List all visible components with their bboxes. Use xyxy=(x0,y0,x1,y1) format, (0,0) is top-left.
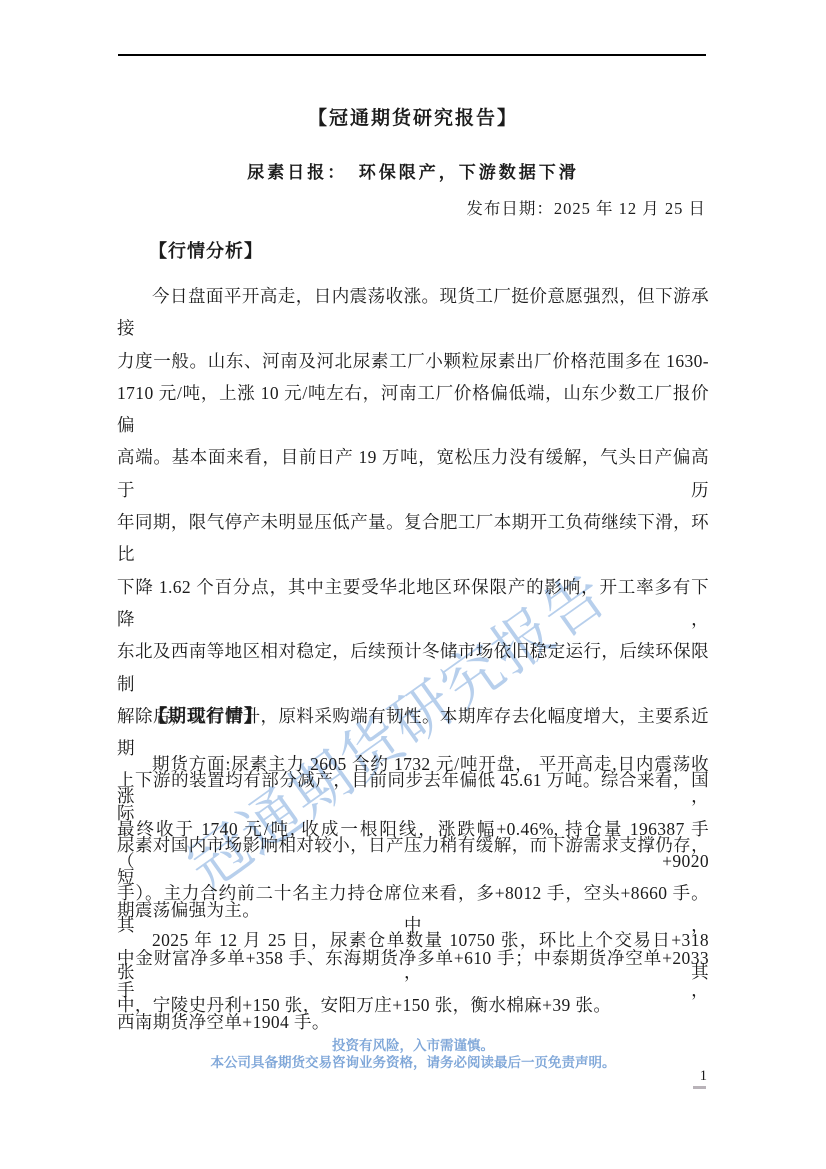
section-heading-futures-spot: 【期现行情】 xyxy=(117,702,741,728)
report-title: 【冠通期货研究报告】 xyxy=(0,103,826,130)
text-line: 1710 元/吨，上涨 10 元/吨左右，河南工厂价格偏低端，山东少数工厂报价偏 xyxy=(117,377,709,442)
page-number: 1 xyxy=(700,1068,707,1085)
text-line: 最终收于 1740 元/吨, 收成一根阳线，涨跌幅+0.46%, 持仓量 196… xyxy=(117,813,709,878)
text-line: 中，宁陵史丹利+150 张，安阳万庄+150 张，衡水棉麻+39 张。 xyxy=(117,989,709,1021)
top-rule xyxy=(118,54,706,56)
section-heading-market-analysis: 【行情分析】 xyxy=(117,237,741,263)
text-line: 下降 1.62 个百分点，其中主要受华北地区环保限产的影响，开工率多有下降， xyxy=(117,571,709,636)
content-layer: 【冠通期货研究报告】 尿素日报： 环保限产，下游数据下滑 发布日期：2025 年… xyxy=(0,0,826,1169)
paragraph-warehouse-receipts: 2025 年 12 月 25 日，尿素仓单数量 10750 张，环比上个交易日+… xyxy=(117,924,709,1021)
text-line: 今日盘面平开高走，日内震荡收涨。现货工厂挺价意愿强烈，但下游承接 xyxy=(117,280,709,345)
text-line: 东北及西南等地区相对稳定，后续预计冬储市场依旧稳定运行，后续环保限制 xyxy=(117,635,709,700)
text-line: 力度一般。山东、河南及河北尿素工厂小颗粒尿素出厂价格范围多在 1630- xyxy=(117,345,709,377)
text-line: 年同期，限气停产未明显压低产量。复合肥工厂本期开工负荷继续下滑，环比 xyxy=(117,506,709,571)
publish-date: 发布日期：2025 年 12 月 25 日 xyxy=(117,195,706,219)
text-line: 高端。基本面来看，目前日产 19 万吨，宽松压力没有缓解，气头日产偏高于历 xyxy=(117,441,709,506)
footer-risk-notice: 投资有风险，入市需谨慎。 xyxy=(0,1037,826,1054)
report-subtitle: 尿素日报： 环保限产，下游数据下滑 xyxy=(0,158,826,183)
page-number-field-shading xyxy=(693,1086,706,1089)
text-line: 期货方面:尿素主力 2605 合约 1732 元/吨开盘， 平开高走,日内震荡收… xyxy=(117,748,709,813)
text-line: 2025 年 12 月 25 日，尿素仓单数量 10750 张，环比上个交易日+… xyxy=(117,924,709,989)
report-page: 冠通期货研究报告 【冠通期货研究报告】 尿素日报： 环保限产，下游数据下滑 发布… xyxy=(0,0,826,1169)
